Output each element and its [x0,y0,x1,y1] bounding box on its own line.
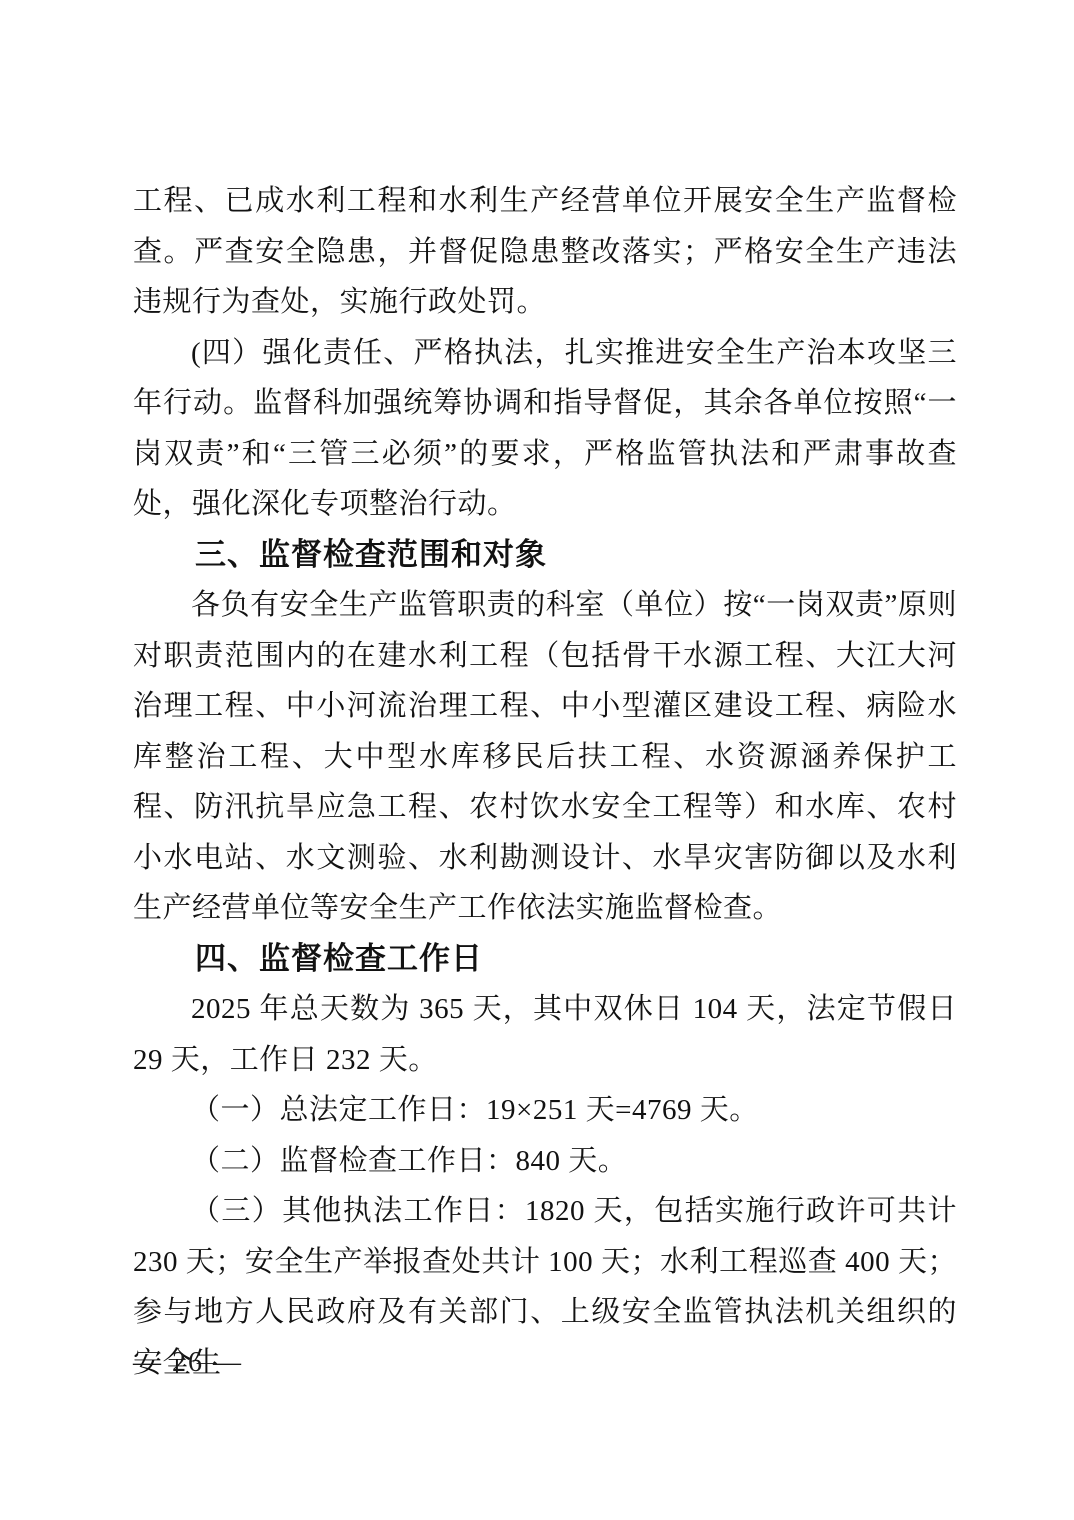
paragraph-scope: 各负有安全生产监管职责的科室（单位）按“一岗双责”原则对职责范围内的在建水利工程… [133,580,957,934]
section-heading-3: 三、监督检查范围和对象 [133,530,957,581]
paragraph-continuation: 工程、已成水利工程和水利生产经营单位开展安全生产监督检查。严查安全隐患，并督促隐… [133,176,957,328]
document-body: 工程、已成水利工程和水利生产经营单位开展安全生产监督检查。严查安全隐患，并督促隐… [133,176,957,1388]
section-heading-4: 四、监督检查工作日 [133,934,957,985]
paragraph-item-4: (四）强化责任、严格执法，扎实推进安全生产治本攻坚三年行动。监督科加强统筹协调和… [133,328,957,530]
page-number: — 26 — [133,1343,243,1383]
paragraph-workdays-total: 2025 年总天数为 365 天，其中双休日 104 天，法定节假日 29 天，… [133,984,957,1085]
paragraph-statutory-workdays: （一）总法定工作日：19×251 天=4769 天。 [133,1085,957,1136]
paragraph-other-enforcement-workdays: （三）其他执法工作日：1820 天，包括实施行政许可共计 230 天；安全生产举… [133,1186,957,1388]
paragraph-inspection-workdays: （二）监督检查工作日：840 天。 [133,1136,957,1187]
document-page: 工程、已成水利工程和水利生产经营单位开展安全生产监督检查。严查安全隐患，并督促隐… [0,0,1074,1520]
